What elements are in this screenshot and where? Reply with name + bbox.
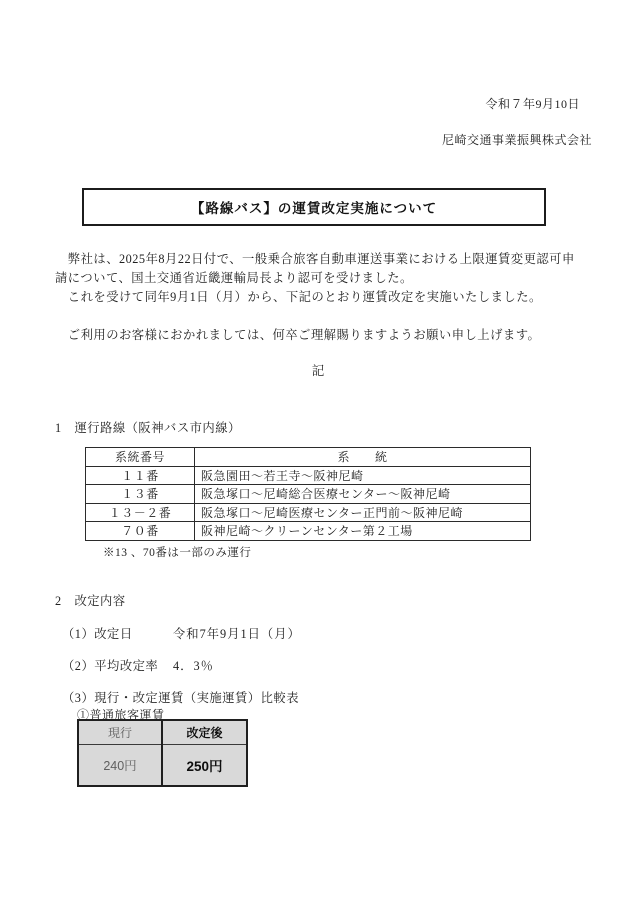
route-number-cell: １３番 xyxy=(86,485,195,504)
table-row: １１番 阪急園田～若王寺～阪神尼崎 xyxy=(86,466,531,485)
route-table: 系統番号 系 統 １１番 阪急園田～若王寺～阪神尼崎 １３番 阪急塚口～尼崎総合… xyxy=(85,447,531,541)
issue-date: 令和７年9月10日 xyxy=(485,95,580,112)
fare-table-header-row: 現行 改定後 xyxy=(78,720,247,745)
route-name-header: 系 統 xyxy=(195,448,531,467)
document-page: 令和７年9月10日 尼崎交通事業振興株式会社 【路線バス】の運賃改定実施について… xyxy=(0,0,636,897)
route-number-cell: １１番 xyxy=(86,466,195,485)
fare-current-value: 240円 xyxy=(78,745,162,787)
paragraph-approval: 弊社は、2025年8月22日付で、一般乗合旅客自動車運送事業における上限運賃変更… xyxy=(55,250,583,288)
table-row: ７０番 阪神尼崎～クリーンセンター第２工場 xyxy=(86,522,531,541)
average-rate-label: （2）平均改定率 xyxy=(62,656,158,674)
paragraph-request: ご利用のお客様におかれましては、何卒ご理解賜りますようお願い申し上げます。 xyxy=(55,326,583,345)
route-number-header: 系統番号 xyxy=(86,448,195,467)
fare-current-header: 現行 xyxy=(78,720,162,745)
route-table-note: ※13 、70番は一部のみ運行 xyxy=(103,544,251,560)
section2-heading: 2 改定内容 xyxy=(55,591,126,609)
route-name-cell: 阪急園田～若王寺～阪神尼崎 xyxy=(195,466,531,485)
revision-date-value: 令和7年9月1日（月） xyxy=(173,624,301,642)
comparison-table-label: （3）現行・改定運賃（実施運賃）比較表 xyxy=(62,688,299,706)
company-name: 尼崎交通事業振興株式会社 xyxy=(442,131,592,148)
revision-date-label: （1）改定日 xyxy=(62,624,133,642)
route-number-cell: ７０番 xyxy=(86,522,195,541)
record-mark: 記 xyxy=(0,361,636,379)
fare-table-value-row: 240円 250円 xyxy=(78,745,247,787)
fare-revised-header: 改定後 xyxy=(162,720,247,745)
fare-table: 現行 改定後 240円 250円 xyxy=(77,719,248,787)
route-name-cell: 阪神尼崎～クリーンセンター第２工場 xyxy=(195,522,531,541)
route-name-cell: 阪急塚口～尼崎総合医療センター～阪神尼崎 xyxy=(195,485,531,504)
route-name-cell: 阪急塚口～尼崎医療センター正門前～阪神尼崎 xyxy=(195,503,531,522)
paragraph-implementation: これを受けて同年9月1日（月）から、下記のとおり運賃改定を実施いたしました。 xyxy=(55,288,583,307)
fare-revised-value: 250円 xyxy=(162,745,247,787)
table-row: １３－２番 阪急塚口～尼崎医療センター正門前～阪神尼崎 xyxy=(86,503,531,522)
section1-heading: 1 運行路線（阪神バス市内線） xyxy=(55,418,241,436)
average-rate-value: 4．3％ xyxy=(173,656,214,674)
document-title: 【路線バス】の運賃改定実施について xyxy=(191,197,437,217)
route-table-header-row: 系統番号 系 統 xyxy=(86,448,531,467)
route-number-cell: １３－２番 xyxy=(86,503,195,522)
title-box: 【路線バス】の運賃改定実施について xyxy=(82,188,546,226)
intro-paragraphs: 弊社は、2025年8月22日付で、一般乗合旅客自動車運送事業における上限運賃変更… xyxy=(55,250,583,345)
table-row: １３番 阪急塚口～尼崎総合医療センター～阪神尼崎 xyxy=(86,485,531,504)
